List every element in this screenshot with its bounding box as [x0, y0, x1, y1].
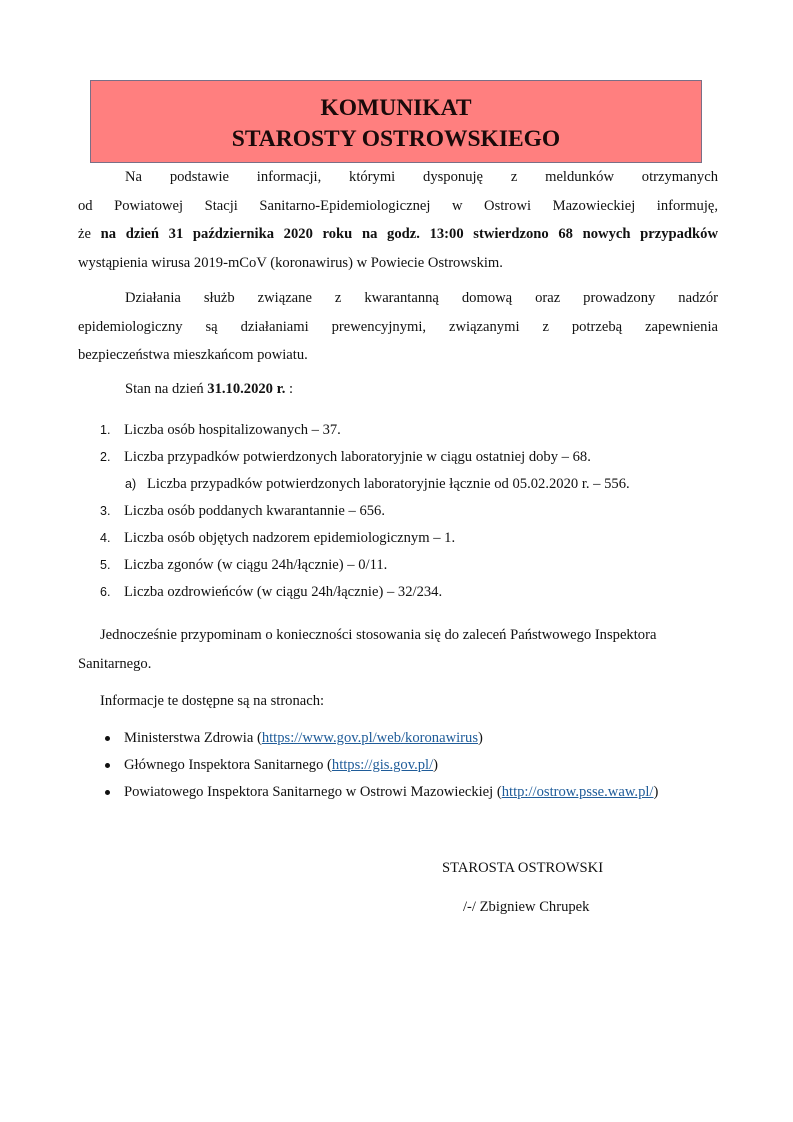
list-item: Głównego Inspektora Sanitarnego (https:/… [78, 752, 738, 779]
list-item: Ministerstwa Zdrowia (https://www.gov.pl… [78, 725, 738, 752]
header-title: KOMUNIKAT [91, 93, 701, 124]
link-ministerstwo-zdrowia[interactable]: https://www.gov.pl/web/koronawirus [262, 730, 478, 746]
header-subtitle: STAROSTY OSTROWSKIEGO [91, 124, 701, 155]
actions-paragraph: Działania służb związane z kwarantanną d… [78, 284, 718, 370]
stats-list: 1.Liczba osób hospitalizowanych – 37. 2.… [78, 417, 718, 606]
list-item: a)Liczba przypadków potwierdzonych labor… [78, 471, 718, 498]
status-date: 31.10.2020 r. [207, 381, 285, 397]
sources-intro: Informacje te dostępne są na stronach: [78, 687, 718, 716]
reminder-paragraph: Jednocześnie przypominam o konieczności … [78, 621, 718, 678]
bullet-icon [105, 736, 110, 741]
intro-paragraph: Na podstawie informacji, którymi dysponu… [78, 163, 718, 277]
list-item: 5.Liczba zgonów (w ciągu 24h/łącznie) – … [78, 552, 718, 579]
bullet-icon [105, 763, 110, 768]
list-item: 1.Liczba osób hospitalizowanych – 37. [78, 417, 718, 444]
signature-name: /-/ Zbigniew Chrupek [463, 899, 589, 916]
sources-list: Ministerstwa Zdrowia (https://www.gov.pl… [78, 725, 738, 806]
list-item: Powiatowego Inspektora Sanitarnego w Ost… [78, 779, 738, 806]
list-item: 6.Liczba ozdrowieńców (w ciągu 24h/łączn… [78, 579, 718, 606]
intro-highlight: na dzień 31 października 2020 roku na go… [101, 226, 718, 242]
list-item: 3.Liczba osób poddanych kwarantannie – 6… [78, 498, 718, 525]
link-gis[interactable]: https://gis.gov.pl/ [332, 757, 433, 773]
bullet-icon [105, 790, 110, 795]
header-box: KOMUNIKAT STAROSTY OSTROWSKIEGO [90, 80, 702, 163]
list-item: 2.Liczba przypadków potwierdzonych labor… [78, 444, 718, 471]
link-psse-ostrow[interactable]: http://ostrow.psse.waw.pl/ [502, 784, 654, 800]
status-line: Stan na dzień 31.10.2020 r. : [78, 375, 718, 404]
signature-title: STAROSTA OSTROWSKI [442, 860, 603, 877]
list-item: 4.Liczba osób objętych nadzorem epidemio… [78, 525, 718, 552]
